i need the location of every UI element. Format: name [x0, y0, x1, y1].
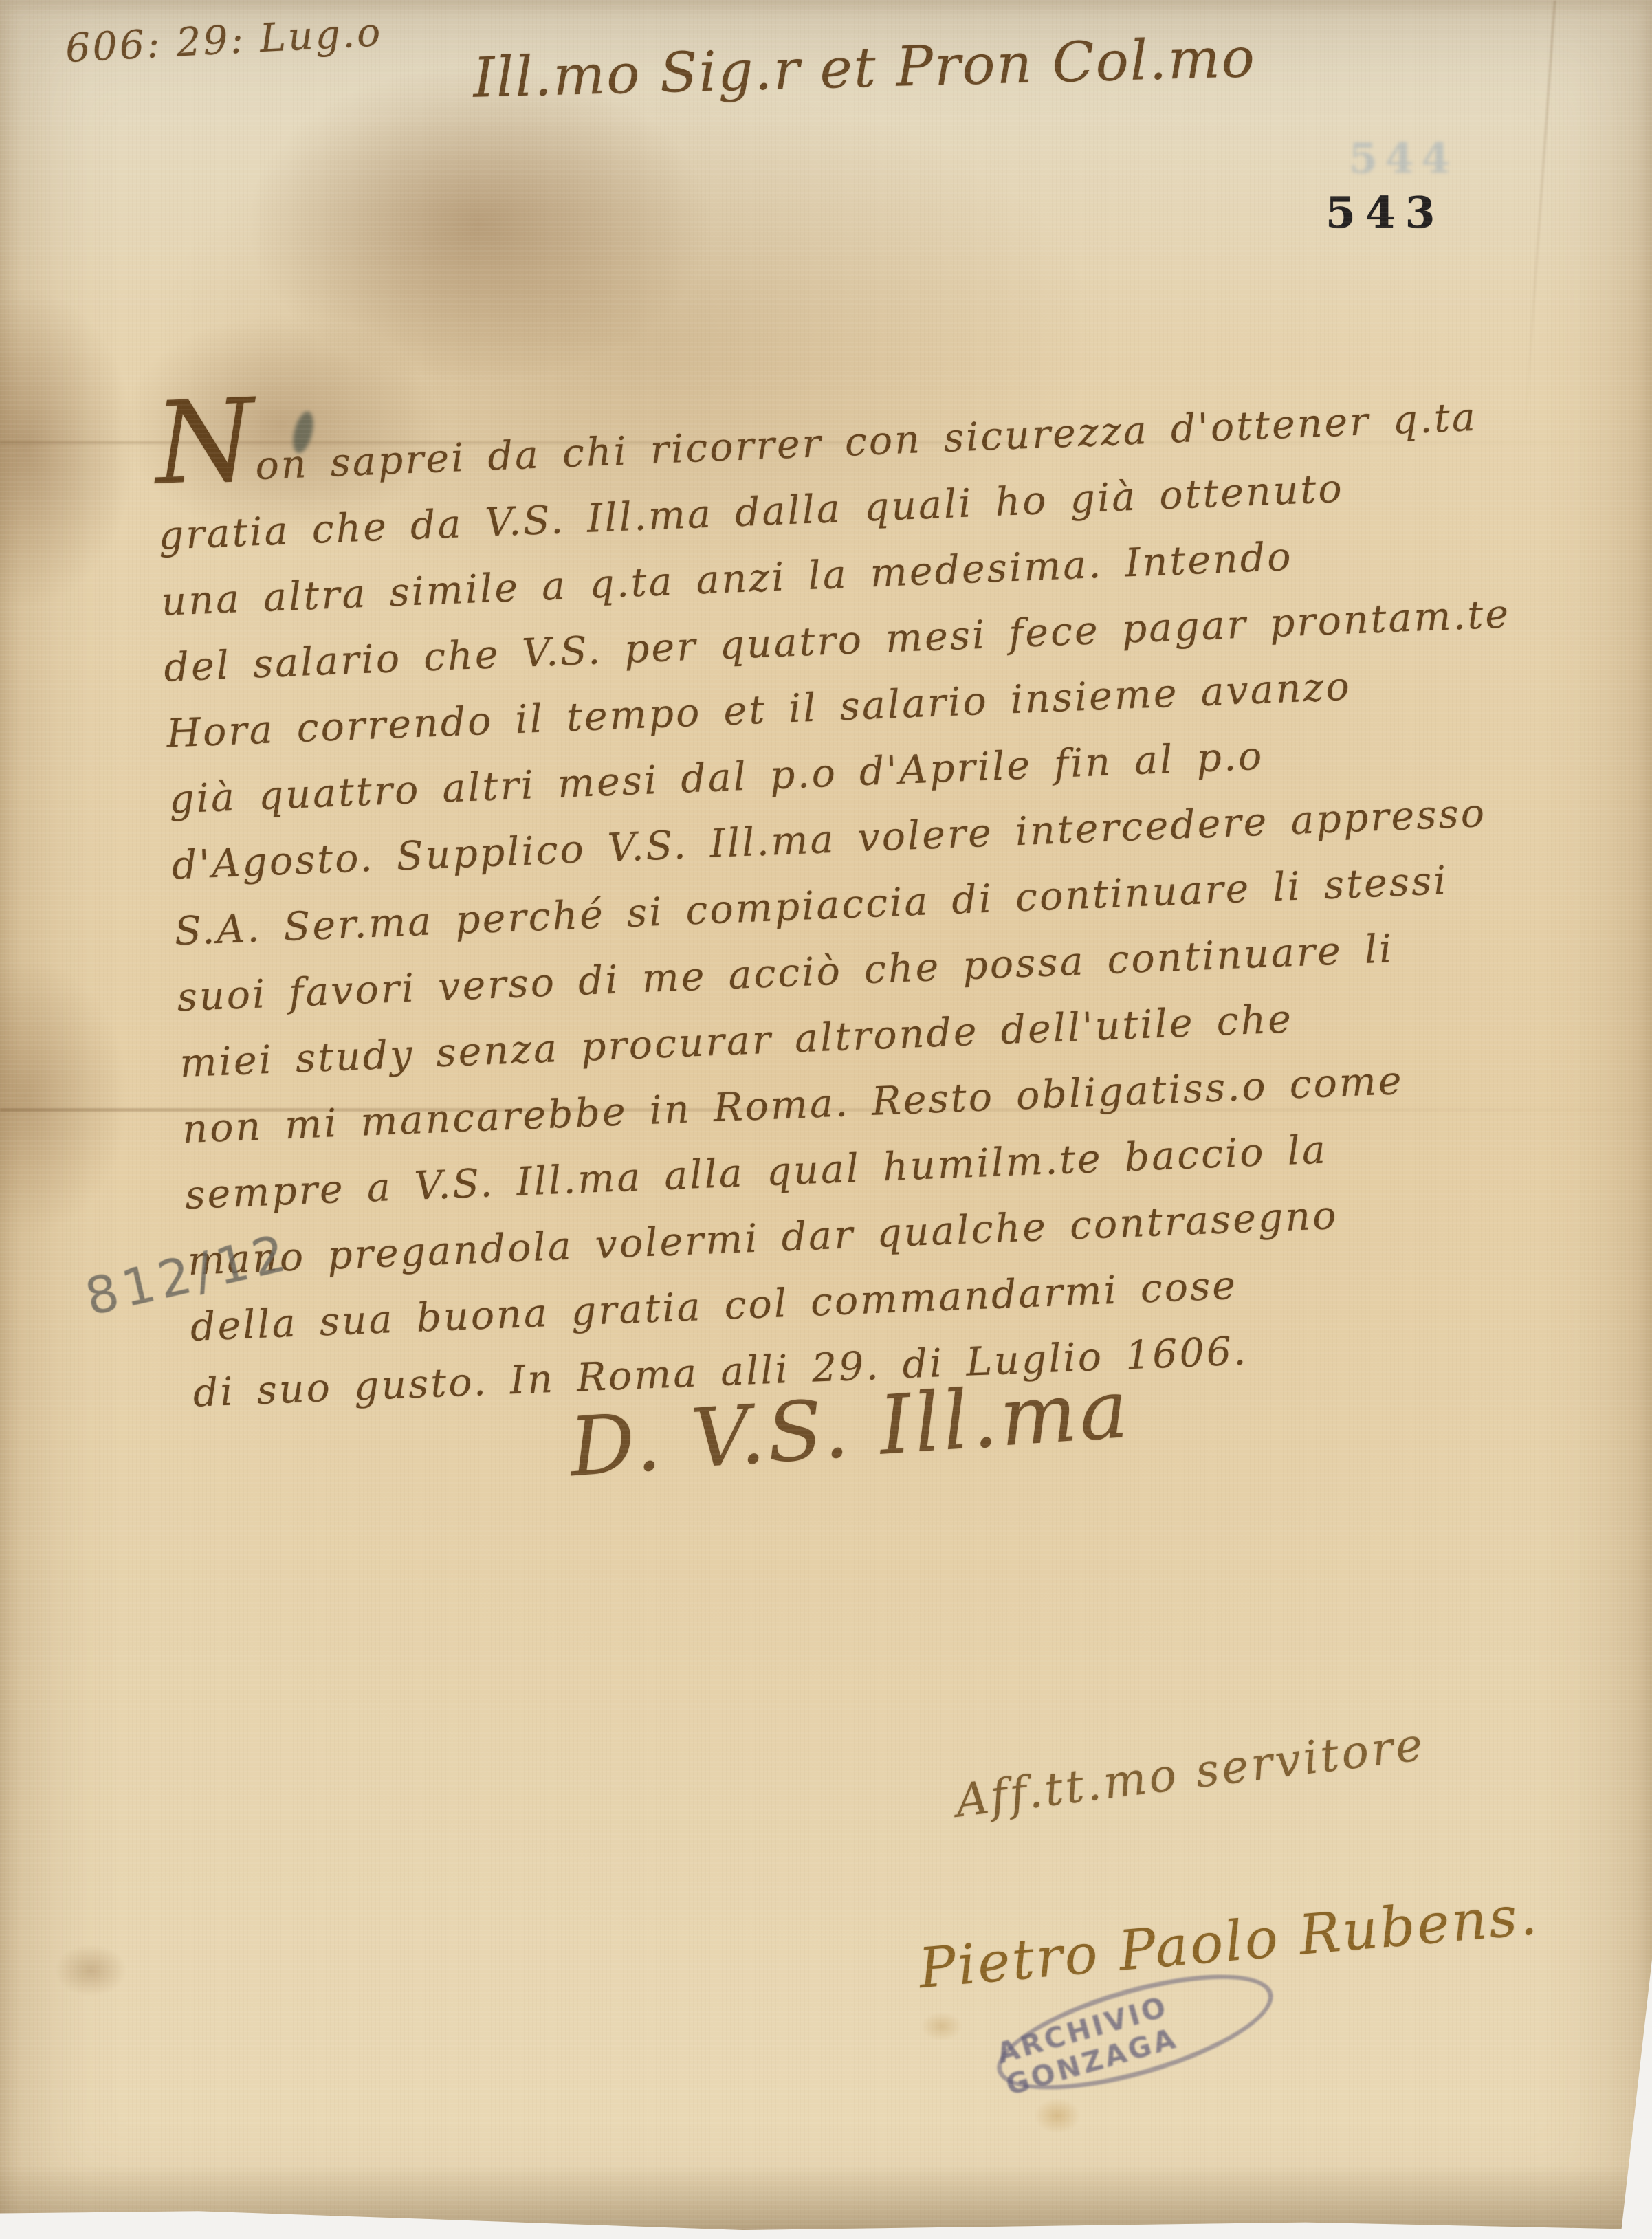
letter-body: Non saprei da chi ricorrer con sicurezza…	[155, 378, 1652, 1426]
paper-bottom-edge-shadow	[0, 2163, 1652, 2239]
bleedthrough-folio-number: 544	[1349, 135, 1457, 183]
vertical-crease	[1523, 1, 1556, 426]
archivist-filing-note: 606: 29: Lug.o	[65, 10, 384, 71]
letter-salutation: Ill.mo Sig.r et Pron Col.mo	[472, 25, 1257, 110]
letter-paper: 606: 29: Lug.o Ill.mo Sig.r et Pron Col.…	[0, 0, 1652, 2239]
scanned-letter-page: { "document": { "kind": "Archival scan o…	[0, 0, 1652, 2239]
folio-number-stamp: 543	[1325, 187, 1445, 238]
letter-valediction: Aff.tt.mo servitore	[953, 1717, 1428, 1827]
